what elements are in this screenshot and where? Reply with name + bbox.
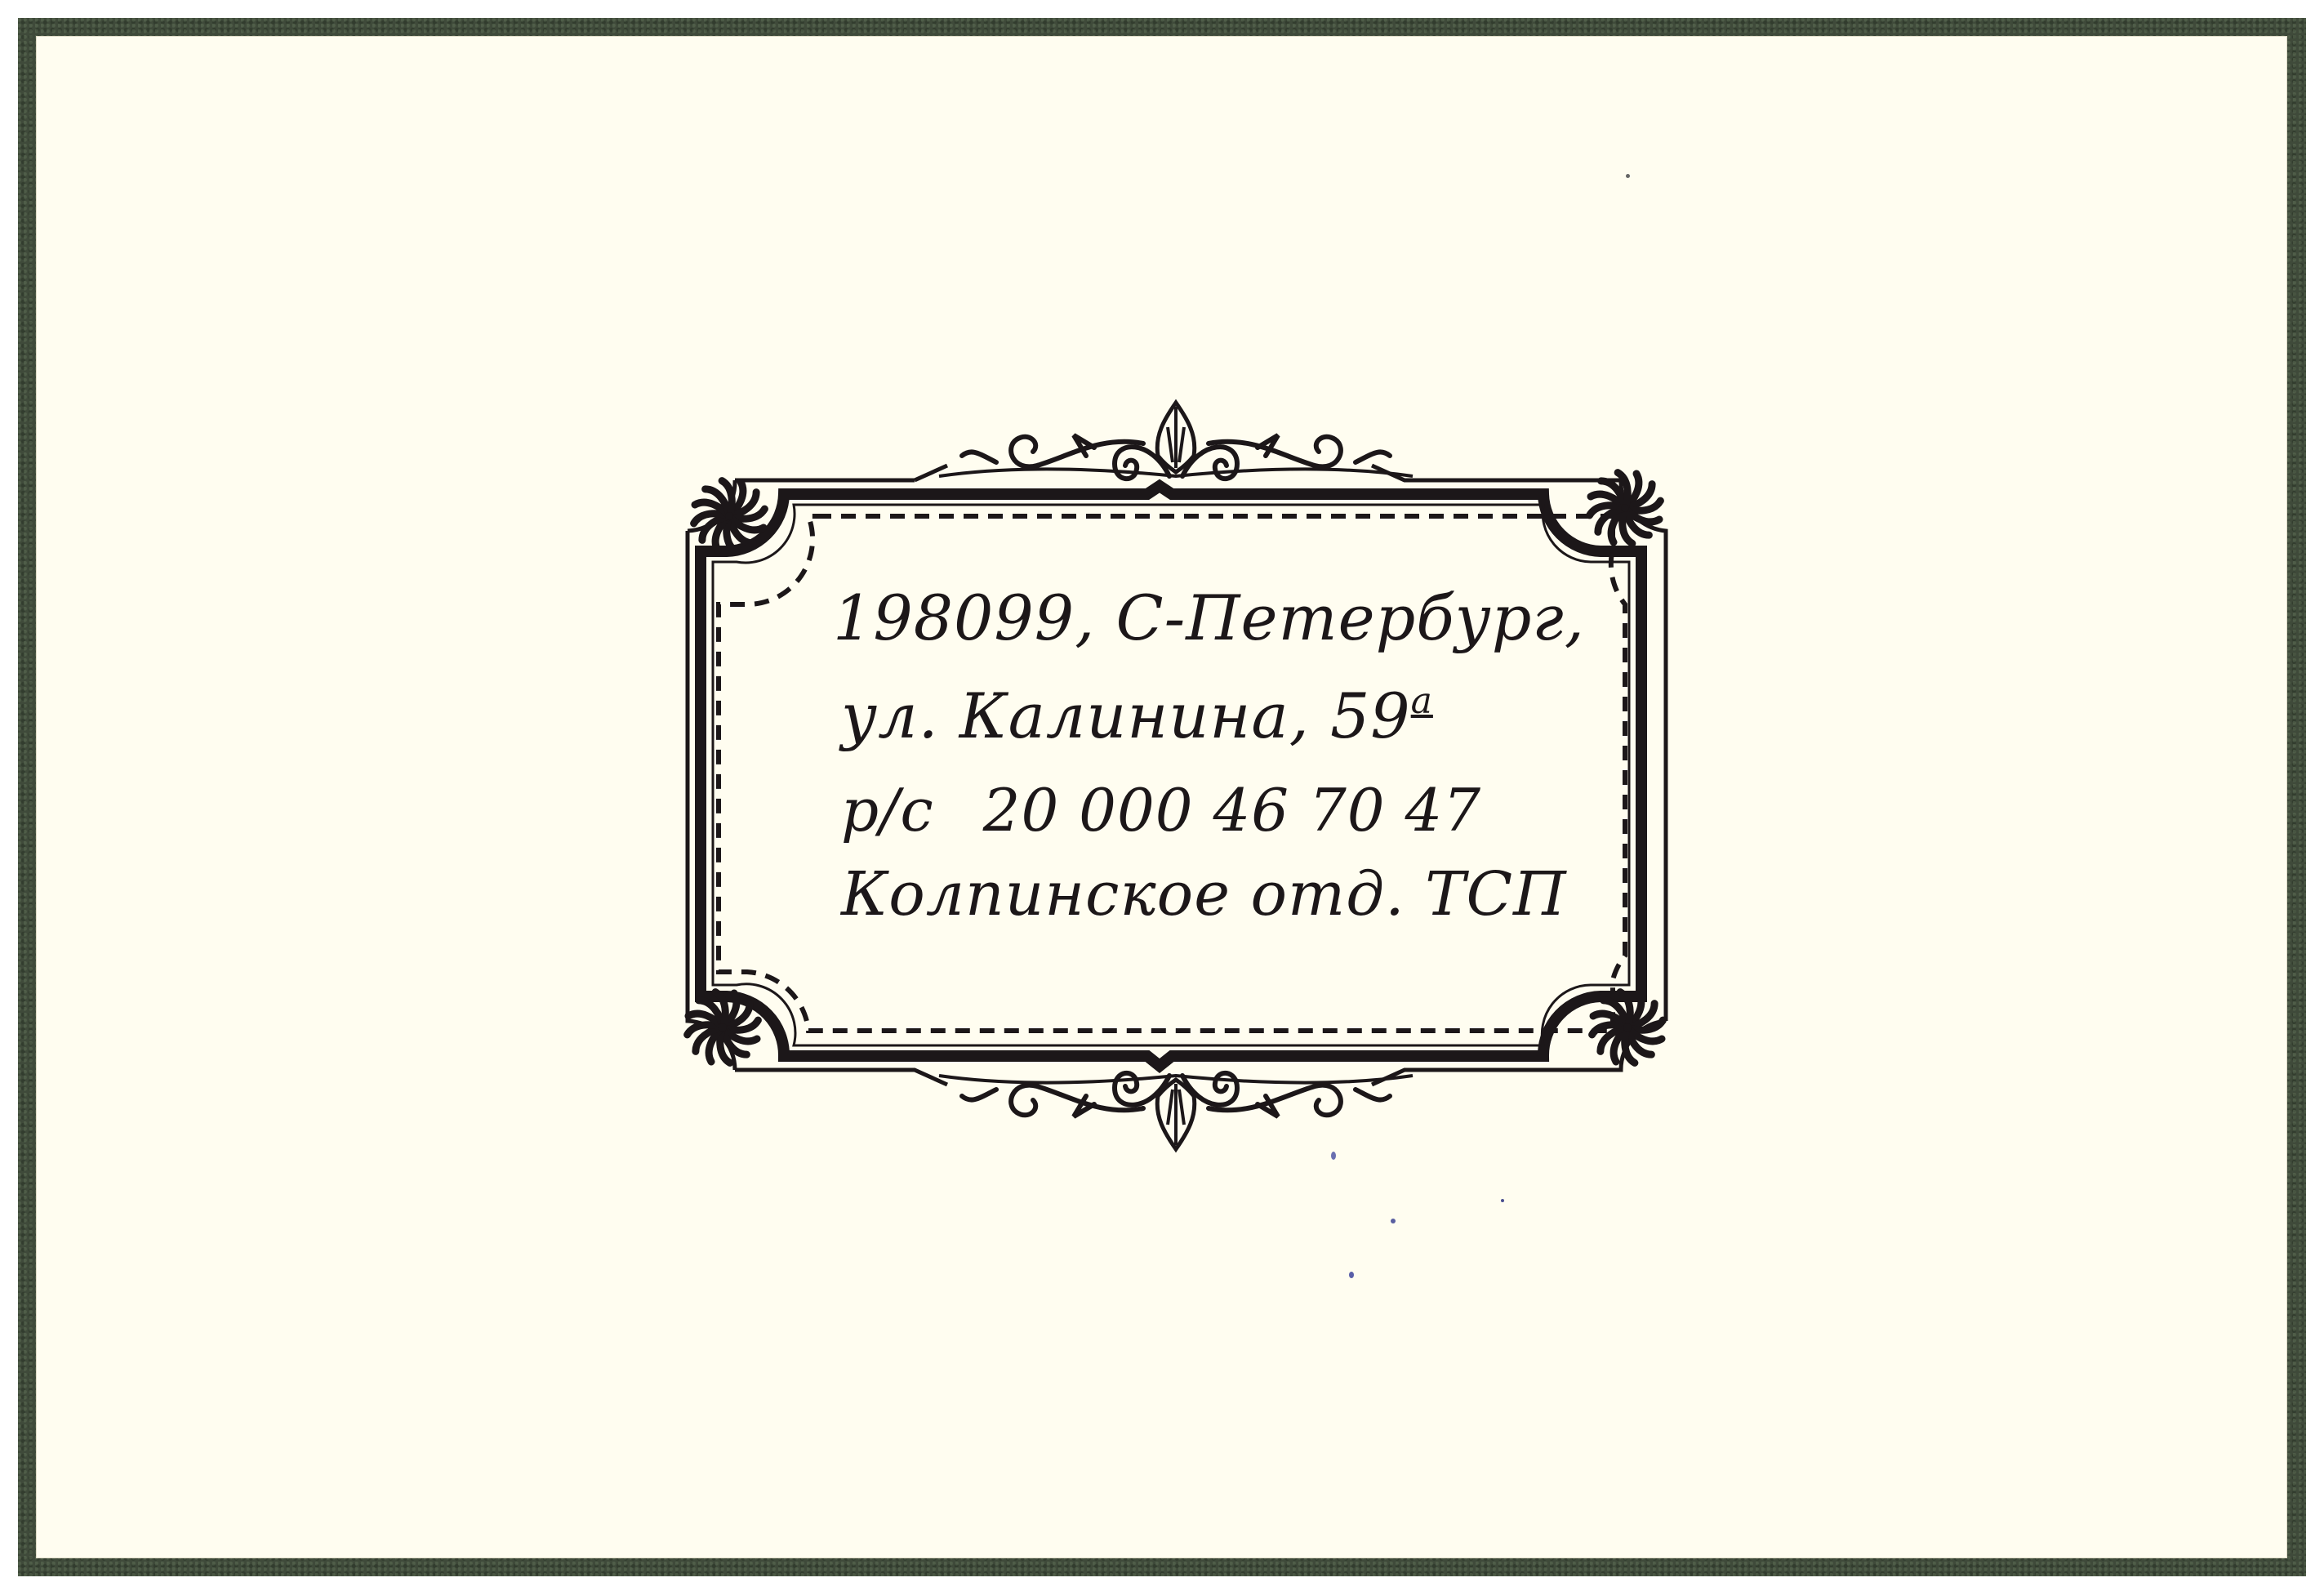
ink-speck [1501, 1199, 1504, 1202]
building-letter-superscript: а [1411, 680, 1433, 722]
frame-outer-line [688, 466, 1666, 1085]
rosette-top-right [1588, 471, 1662, 545]
account-label: р/с [841, 776, 934, 845]
address-line-street: ул. Калинина, 59а [841, 680, 1433, 752]
rosette-bottom-left [686, 991, 759, 1064]
account-number: 20 000 46 70 47 [983, 776, 1481, 845]
address-line-account: р/с20 000 46 70 47 [841, 776, 1481, 845]
rosette-top-left [692, 479, 766, 553]
street-text: ул. Калинина, 59 [841, 680, 1411, 752]
ink-speck [1391, 1219, 1396, 1223]
address-line-postcode-city: 198099, С-Петербург, [833, 582, 1585, 654]
rosette-bottom-right [1591, 991, 1664, 1064]
crest-top [939, 403, 1413, 479]
crest-bottom [939, 1073, 1413, 1149]
ink-speck [1349, 1272, 1354, 1278]
address-line-branch: Колпинское отд. ТСП [841, 859, 1567, 929]
ink-speck [1331, 1152, 1336, 1160]
dust-speck [1626, 174, 1630, 178]
